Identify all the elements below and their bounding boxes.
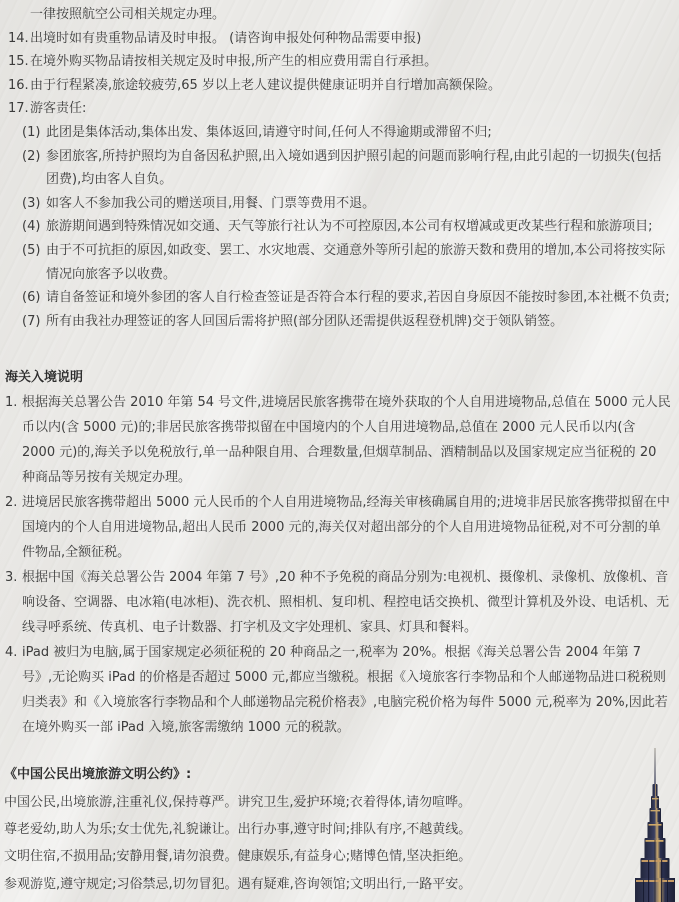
notice-item-15: 15. 在境外购买物品请按相关规定及时申报,所产生的相应费用需自行承担。 [0, 50, 671, 74]
responsibility-item-6: (6) 请自备签证和境外参团的客人自行检查签证是否符合本行程的要求,若因自身原因… [0, 286, 671, 310]
customs-item-2: 2. 进境居民旅客携带超出 5000 元人民币的个人自用进境物品,经海关审核确属… [0, 490, 671, 565]
responsibility-item-4: (4) 旅游期间遇到特殊情况如交通、天气等旅行社认为不可控原因,本公司有权增减或… [0, 215, 671, 239]
responsibility-text: 由于不可抗拒的原因,如政变、罢工、水灾地震、交通意外等所引起的旅游天数和费用的增… [46, 243, 665, 282]
convention-line: 文明住宿,不损用品;安静用餐,请勿浪费。健康娱乐,有益身心;赌博色情,坚决拒绝。 [4, 843, 671, 870]
notice-text: 出境时如有贵重物品请及时申报。 (请咨询申报处何种物品需要申报) [30, 31, 421, 46]
notice-text: 游客责任: [30, 101, 86, 116]
customs-item-3: 3. 根据中国《海关总署公告 2004 年第 7 号》,20 种不予免税的商品分… [0, 565, 671, 640]
list-number: (2) [22, 145, 40, 169]
responsibility-item-3: (3) 如客人不参加我公司的赠送项目,用餐、门票等费用不退。 [0, 192, 671, 216]
notice-item-14: 14. 出境时如有贵重物品请及时申报。 (请咨询申报处何种物品需要申报) [0, 27, 671, 51]
list-number: 1. [5, 390, 17, 415]
convention-title: 《中国公民出境旅游文明公约》: [4, 761, 671, 788]
document-page: 一律按照航空公司相关规定办理。 14. 出境时如有贵重物品请及时申报。 (请咨询… [0, 0, 679, 898]
responsibility-text: 请自备签证和境外参团的客人自行检查签证是否符合本行程的要求,若因自身原因不能按时… [46, 290, 670, 305]
convention-line: 参观游览,遵守规定;习俗禁忌,切勿冒犯。遇有疑难,咨询领馆;文明出行,一路平安。 [4, 871, 671, 898]
list-number: (4) [22, 215, 40, 239]
responsibility-text: 参团旅客,所持护照均为自备因私护照,出入境如遇到因护照引起的问题而影响行程,由此… [46, 149, 661, 188]
convention-line: 尊老爱幼,助人为乐;女士优先,礼貌谦让。出行办事,遵守时间;排队有序,不越黄线。 [4, 816, 671, 843]
customs-text: 进境居民旅客携带超出 5000 元人民币的个人自用进境物品,经海关审核确属自用的… [22, 495, 670, 560]
customs-entry-section: 海关入境说明 1. 根据海关总署公告 2010 年第 54 号文件,进境居民旅客… [0, 365, 671, 740]
paragraph-continuation: 一律按照航空公司相关规定办理。 [0, 3, 671, 27]
travel-notices-section: 一律按照航空公司相关规定办理。 14. 出境时如有贵重物品请及时申报。 (请咨询… [0, 3, 671, 333]
convention-line: 中国公民,出境旅游,注重礼仪,保持尊严。讲究卫生,爱护环境;衣着得体,请勿喧哗。 [4, 789, 671, 816]
list-number: (6) [22, 286, 40, 310]
notice-item-16: 16. 由于行程紧凑,旅途较疲劳,65 岁以上老人建议提供健康证明并自行增加高额… [0, 74, 671, 98]
list-number: 15. [8, 50, 29, 74]
responsibility-item-7: (7) 所有由我社办理签证的客人回国后需将护照(部分团队还需提供返程登机牌)交于… [0, 310, 671, 334]
list-number: (7) [22, 310, 40, 334]
customs-item-1: 1. 根据海关总署公告 2010 年第 54 号文件,进境居民旅客携带在境外获取… [0, 390, 671, 490]
notice-text: 在境外购买物品请按相关规定及时申报,所产生的相应费用需自行承担。 [30, 54, 437, 69]
responsibility-text: 旅游期间遇到特殊情况如交通、天气等旅行社认为不可控原因,本公司有权增减或更改某些… [46, 219, 653, 234]
responsibility-text: 所有由我社办理签证的客人回国后需将护照(部分团队还需提供返程登机牌)交于领队销签… [46, 314, 563, 329]
responsibility-text: 如客人不参加我公司的赠送项目,用餐、门票等费用不退。 [46, 196, 375, 211]
list-number: (3) [22, 192, 40, 216]
civilized-travel-convention-section: 《中国公民出境旅游文明公约》: 中国公民,出境旅游,注重礼仪,保持尊严。讲究卫生… [0, 761, 671, 897]
customs-text: iPad 被归为电脑,属于国家规定必须征税的 20 种商品之一,税率为 20%。… [22, 645, 668, 735]
list-number: 16. [8, 74, 29, 98]
responsibility-item-2: (2) 参团旅客,所持护照均为自备因私护照,出入境如遇到因护照引起的问题而影响行… [0, 145, 671, 192]
customs-section-title: 海关入境说明 [0, 365, 671, 390]
customs-item-4: 4. iPad 被归为电脑,属于国家规定必须征税的 20 种商品之一,税率为 2… [0, 640, 671, 740]
list-number: 3. [5, 565, 17, 590]
responsibility-item-5: (5) 由于不可抗拒的原因,如政变、罢工、水灾地震、交通意外等所引起的旅游天数和… [0, 239, 671, 286]
list-number: 14. [8, 27, 29, 51]
list-number: (1) [22, 121, 40, 145]
list-number: 4. [5, 640, 17, 665]
list-number: 2. [5, 490, 17, 515]
responsibility-text: 此团是集体活动,集体出发、集体返回,请遵守时间,任何人不得逾期或滞留不归; [46, 125, 492, 140]
list-number: 17. [8, 97, 29, 121]
list-number: (5) [22, 239, 40, 263]
customs-text: 根据海关总署公告 2010 年第 54 号文件,进境居民旅客携带在境外获取的个人… [22, 395, 671, 485]
responsibility-item-1: (1) 此团是集体活动,集体出发、集体返回,请遵守时间,任何人不得逾期或滞留不归… [0, 121, 671, 145]
customs-text: 根据中国《海关总署公告 2004 年第 7 号》,20 种不予免税的商品分别为:… [22, 570, 669, 635]
notice-item-17: 17. 游客责任: [0, 97, 671, 121]
notice-text: 由于行程紧凑,旅途较疲劳,65 岁以上老人建议提供健康证明并自行增加高额保险。 [30, 78, 501, 93]
